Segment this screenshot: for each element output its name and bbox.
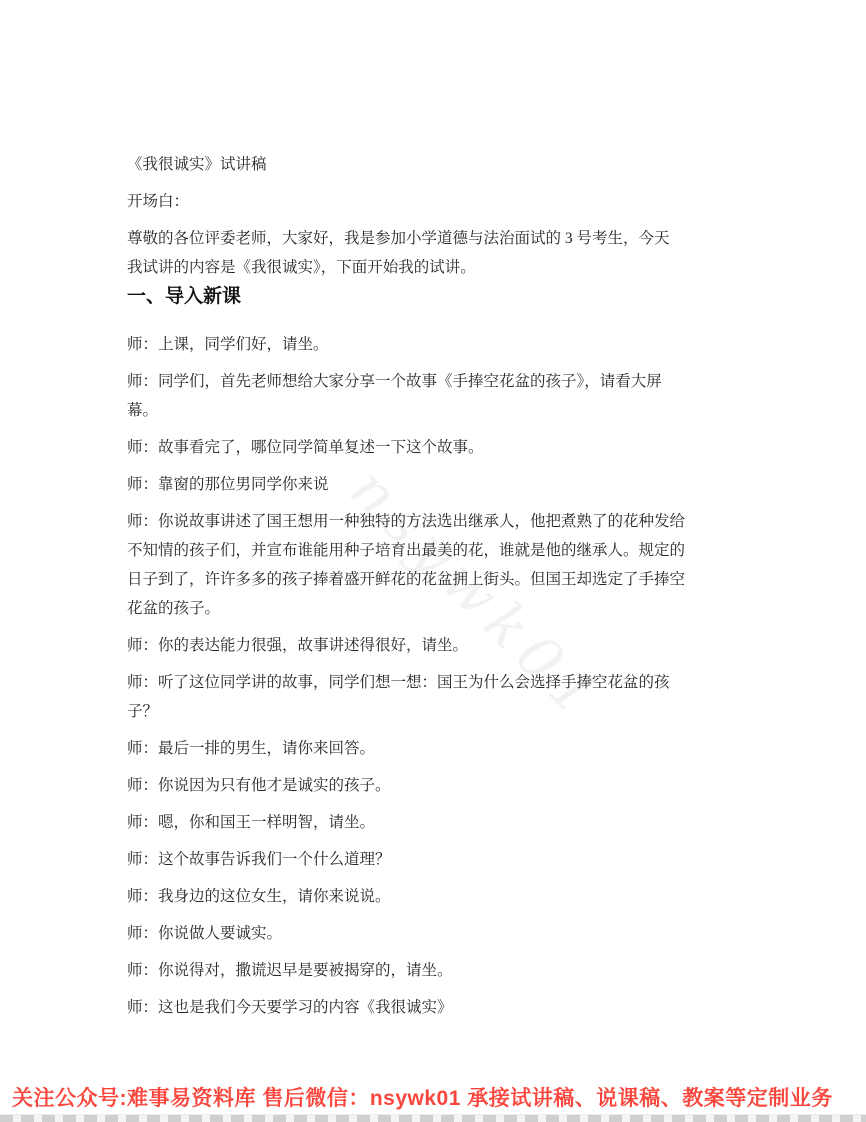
dialogue-line: 师：靠窗的那位男同学你来说	[127, 470, 742, 499]
dialogue-line: 师：最后一排的男生，请你来回答。	[127, 734, 742, 763]
dialogue-line: 师：你的表达能力很强，故事讲述得很好，请坐。	[127, 631, 742, 660]
dialogue-line: 师：上课，同学们好，请坐。	[127, 330, 742, 359]
opening-paragraph: 尊敬的各位评委老师，大家好，我是参加小学道德与法治面试的 3 号考生，今天 我试…	[127, 224, 742, 282]
opening-label: 开场白：	[127, 187, 742, 216]
section-heading: 一、导入新课	[127, 284, 742, 310]
dialogue-line: 师：听了这位同学讲的故事，同学们想一想：国王为什么会选择手捧空花盆的孩 子？	[127, 668, 742, 726]
dialogue-line: 师：这也是我们今天要学习的内容《我很诚实》	[127, 993, 742, 1022]
dialogue-line: 师：故事看完了，哪位同学简单复述一下这个故事。	[127, 433, 742, 462]
dialogue-line: 师：嗯，你和国王一样明智，请坐。	[127, 808, 742, 837]
document-page: 《我很诚实》试讲稿 开场白： 尊敬的各位评委老师，大家好，我是参加小学道德与法治…	[0, 0, 866, 1030]
page-title: 《我很诚实》试讲稿	[127, 150, 742, 179]
dialogue-line: 师：你说得对，撒谎迟早是要被揭穿的，请坐。	[127, 956, 742, 985]
dialogue-line: 师：你说因为只有他才是诚实的孩子。	[127, 771, 742, 800]
footer-promo-text: 关注公众号:难事易资料库 售后微信：nsywk01 承接试讲稿、说课稿、教案等定…	[12, 1086, 854, 1112]
dialogue-line: 师：我身边的这位女生，请你来说说。	[127, 882, 742, 911]
footer-banner: 关注公众号:难事易资料库 售后微信：nsywk01 承接试讲稿、说课稿、教案等定…	[0, 1086, 866, 1112]
dialogue-line: 师：你说故事讲述了国王想用一种独特的方法选出继承人，他把煮熟了的花种发给 不知情…	[127, 507, 742, 623]
dialogue-line: 师：同学们，首先老师想给大家分享一个故事《手捧空花盆的孩子》，请看大屏 幕。	[127, 367, 742, 425]
dialogue-line: 师：这个故事告诉我们一个什么道理？	[127, 845, 742, 874]
page-bottom-edge	[0, 1114, 866, 1122]
dialogue-line: 师：你说做人要诚实。	[127, 919, 742, 948]
